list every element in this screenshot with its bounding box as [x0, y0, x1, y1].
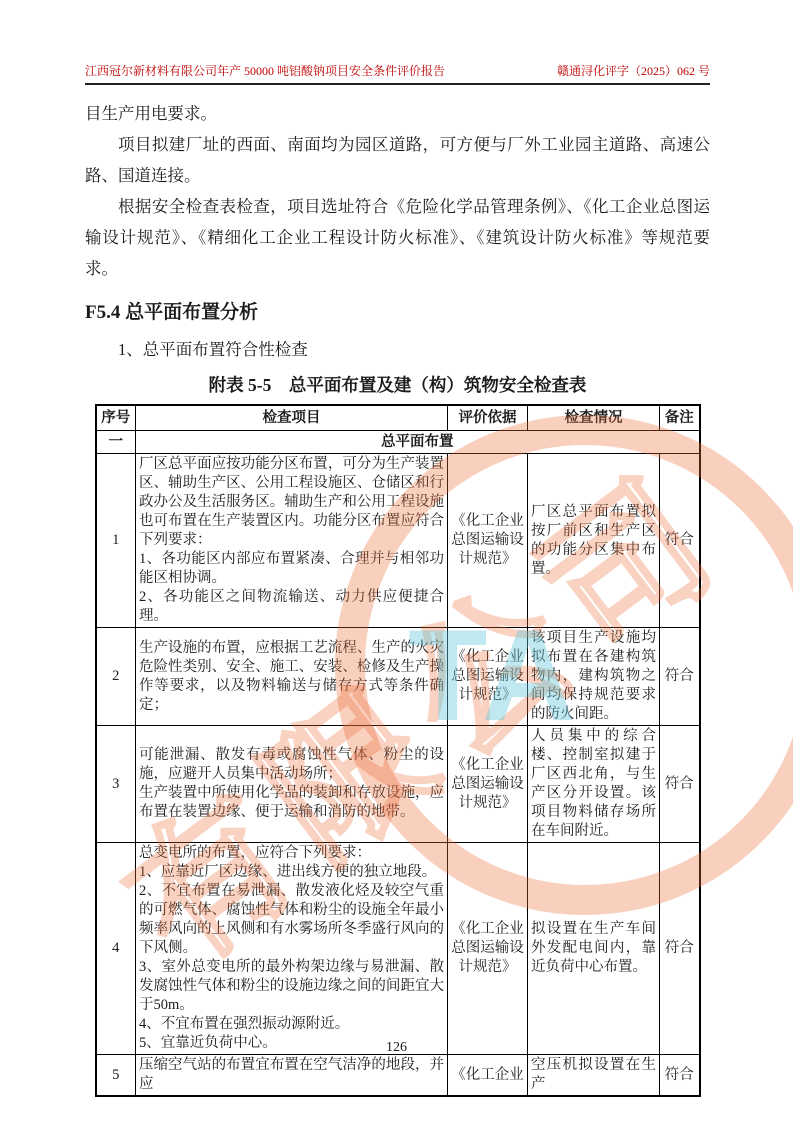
row-seq: 5	[96, 1055, 136, 1097]
column-header-situation: 检查情况	[528, 405, 660, 431]
page-number: 126	[0, 1040, 793, 1056]
column-header-item: 检查项目	[136, 405, 448, 431]
paragraph-continuation: 目生产用电要求。	[85, 98, 710, 129]
document-page: 江西冠尔新材料有限公司年产 50000 吨铝酸钠项目安全条件评价报告 赣通浔化评…	[0, 0, 793, 1122]
section-row-seq: 一	[96, 431, 136, 454]
row-check-item: 总变电所的布置，应符合下列要求： 1、应靠近厂区边缘、进出线方便的独立地段。 2…	[136, 843, 448, 1055]
row-check-item: 厂区总平面应按功能分区布置，可分为生产装置区、辅助生产区、公用工程设施区、仓储区…	[136, 454, 448, 628]
row-remark: 符合	[660, 454, 700, 628]
row-evaluation-basis: 《化工企业总图运输设计规范》	[448, 628, 528, 726]
page-content: 目生产用电要求。 项目拟建厂址的西面、南面均为园区道路，可方便与厂外工业园主道路…	[85, 98, 710, 1097]
table-row: 1 厂区总平面应按功能分区布置，可分为生产装置区、辅助生产区、公用工程设施区、仓…	[96, 454, 700, 628]
row-evaluation-basis: 《化工企业总图运输设计规范》	[448, 726, 528, 843]
safety-checklist-table: 序号 检查项目 评价依据 检查情况 备注 一 总平面布置 1 厂区总平面应按功能…	[95, 404, 701, 1097]
row-seq: 4	[96, 843, 136, 1055]
row-seq: 1	[96, 454, 136, 628]
row-check-situation: 厂区总平面布置拟按厂前区和生产区的功能分区集中布置。	[528, 454, 660, 628]
paragraph-standards: 根据安全检查表检查，项目选址符合《危险化学品管理条例》、《化工企业总图运输设计规…	[85, 191, 710, 284]
row-remark: 符合	[660, 843, 700, 1055]
table-row: 5 压缩空气站的布置宜布置在空气洁净的地段，并应 《化工企业 空压机拟设置在生产…	[96, 1055, 700, 1097]
row-remark: 符合	[660, 1055, 700, 1097]
row-check-item: 压缩空气站的布置宜布置在空气洁净的地段，并应	[136, 1055, 448, 1097]
row-remark: 符合	[660, 628, 700, 726]
table-row: 4 总变电所的布置，应符合下列要求： 1、应靠近厂区边缘、进出线方便的独立地段。…	[96, 843, 700, 1055]
row-check-item: 可能泄漏、散发有毒或腐蚀性气体、粉尘的设施，应避开人员集中活动场所； 生产装置中…	[136, 726, 448, 843]
row-evaluation-basis: 《化工企业	[448, 1055, 528, 1097]
section-heading: F5.4 总平面布置分析	[85, 298, 710, 328]
column-header-remark: 备注	[660, 405, 700, 431]
row-remark: 符合	[660, 726, 700, 843]
row-seq: 3	[96, 726, 136, 843]
table-section-row: 一 总平面布置	[96, 431, 700, 454]
row-check-situation: 人员集中的综合楼、控制室拟建于厂区西北角，与生产区分开设置。该项目物料储存场所在…	[528, 726, 660, 843]
row-evaluation-basis: 《化工企业总图运输设计规范》	[448, 843, 528, 1055]
column-header-seq: 序号	[96, 405, 136, 431]
table-row: 2 生产设施的布置，应根据工艺流程、生产的火灾危险性类别、安全、施工、安装、检修…	[96, 628, 700, 726]
column-header-basis: 评价依据	[448, 405, 528, 431]
row-check-situation: 空压机拟设置在生产	[528, 1055, 660, 1097]
checklist-body: 一 总平面布置 1 厂区总平面应按功能分区布置，可分为生产装置区、辅助生产区、公…	[96, 431, 700, 1097]
table-title: 附表 5-5 总平面布置及建（构）筑物安全检查表	[85, 372, 710, 398]
row-evaluation-basis: 《化工企业总图运输设计规范》	[448, 454, 528, 628]
row-check-item: 生产设施的布置，应根据工艺流程、生产的火灾危险性类别、安全、施工、安装、检修及生…	[136, 628, 448, 726]
page-header: 江西冠尔新材料有限公司年产 50000 吨铝酸钠项目安全条件评价报告 赣通浔化评…	[85, 62, 710, 85]
section-row-label: 总平面布置	[136, 431, 700, 454]
row-check-situation: 拟设置在生产车间外发配电间内，靠近负荷中心布置。	[528, 843, 660, 1055]
section-subheading: 1、总平面布置符合性检查	[85, 334, 710, 365]
row-seq: 2	[96, 628, 136, 726]
header-right-text: 赣通浔化评字（2025）062 号	[557, 62, 710, 79]
row-check-situation: 该项目生产设施均拟布置在各建构筑物内，建构筑物之间均保持规范要求的防火间距。	[528, 628, 660, 726]
paragraph-roads: 项目拟建厂址的西面、南面均为园区道路，可方便与厂外工业园主道路、高速公路、国道连…	[85, 129, 710, 191]
header-left-text: 江西冠尔新材料有限公司年产 50000 吨铝酸钠项目安全条件评价报告	[85, 62, 445, 79]
table-header-row: 序号 检查项目 评价依据 检查情况 备注	[96, 405, 700, 431]
table-row: 3 可能泄漏、散发有毒或腐蚀性气体、粉尘的设施，应避开人员集中活动场所； 生产装…	[96, 726, 700, 843]
